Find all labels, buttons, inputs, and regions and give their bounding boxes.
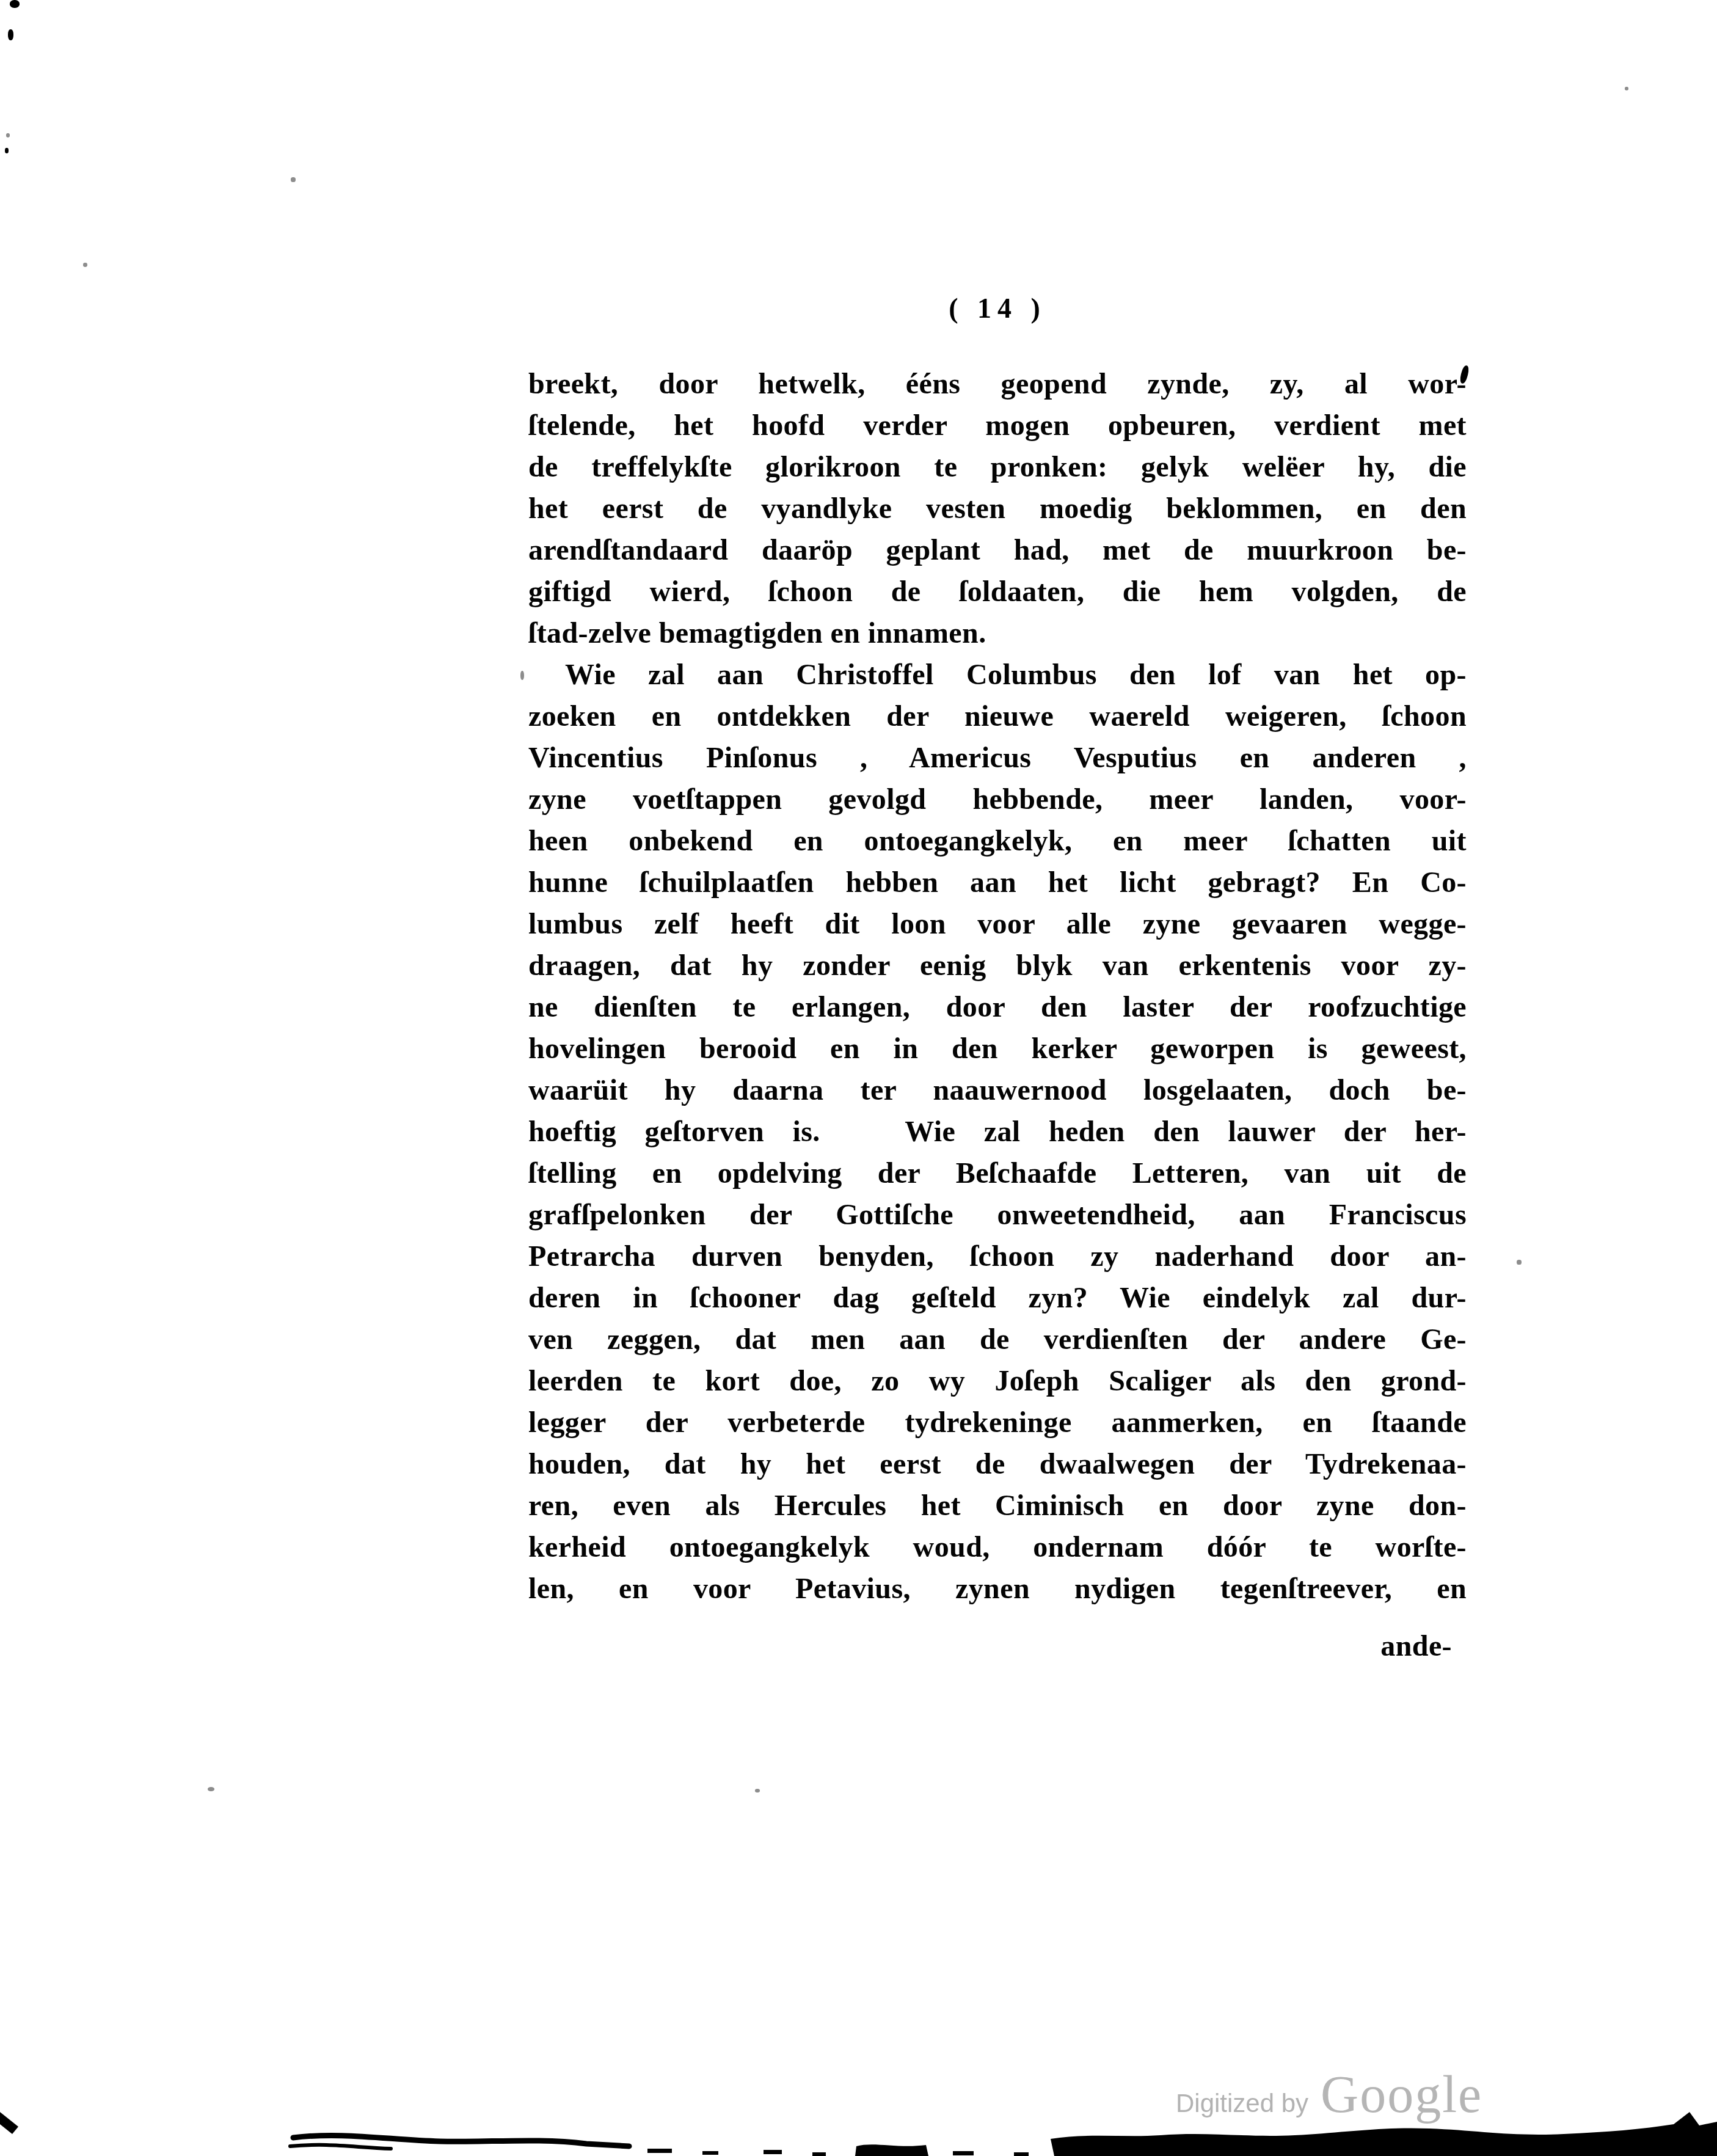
text-line: hunne ſchuilplaatſen hebben aan het lich… — [528, 862, 1467, 904]
scanned-book-page: ( 14 ) breekt, door hetwelk, ééns geopen… — [0, 0, 1717, 2156]
text-line: draagen, dat hy zonder eenig blyk van er… — [528, 945, 1467, 987]
scan-speck — [208, 1787, 214, 1791]
text-line: hoeftig geſtorven is. Wie zal heden den … — [528, 1111, 1467, 1153]
text-line: ren, even als Hercules het Ciminisch en … — [528, 1485, 1467, 1527]
text-line: ſtelende, het hoofd verder mogen opbeure… — [528, 405, 1467, 447]
text-line: breekt, door hetwelk, ééns geopend zynde… — [528, 364, 1467, 405]
scan-speck — [291, 177, 296, 182]
text-line: kerheid ontoegangkelyk woud, ondernam dó… — [528, 1527, 1467, 1568]
text-line: grafſpelonken der Gottiſche onweetendhei… — [528, 1194, 1467, 1236]
text-line-paragraph-start: Wie zal aan Christoffel Columbus den lof… — [528, 654, 1467, 696]
text-line: giftigd wierd, ſchoon de ſoldaaten, die … — [528, 571, 1467, 613]
scan-edge-artifact — [0, 2095, 1717, 2156]
text-line: arendſtandaard daaröp geplant had, met d… — [528, 530, 1467, 571]
scan-speck — [6, 133, 10, 137]
text-line: zyne voetſtappen gevolgd hebbende, meer … — [528, 779, 1467, 820]
text-line: ven zeggen, dat men aan de verdienſten d… — [528, 1319, 1467, 1361]
scan-speck — [520, 671, 524, 680]
text-line: deren in ſchooner dag geſteld zyn? Wie e… — [528, 1277, 1467, 1319]
text-line: len, en voor Petavius, zynen nydigen teg… — [528, 1568, 1467, 1610]
text-line: Petrarcha durven benyden, ſchoon zy nade… — [528, 1236, 1467, 1277]
scan-speck — [1517, 1260, 1522, 1265]
text-line: heen onbekend en ontoegangkelyk, en meer… — [528, 820, 1467, 862]
scan-speck — [83, 263, 87, 267]
text-line: lumbus zelf heeft dit loon voor alle zyn… — [528, 904, 1467, 945]
text-line: houden, dat hy het eerst de dwaalwegen d… — [528, 1444, 1467, 1485]
scan-speck — [755, 1789, 760, 1792]
text-line-paragraph-end: ſtad-zelve bemagtigden en innamen. — [528, 613, 1467, 654]
text-line: ſtelling en opdelving der Beſchaafde Let… — [528, 1153, 1467, 1194]
text-line: legger der verbeterde tydrekeninge aanme… — [528, 1402, 1467, 1444]
text-line: de treffelykſte glorikroon te pronken: g… — [528, 447, 1467, 488]
text-line: zoeken en ontdekken der nieuwe waereld w… — [528, 696, 1467, 737]
page-number: ( 14 ) — [528, 292, 1467, 324]
scan-speck — [8, 29, 13, 40]
scan-speck — [10, 0, 20, 8]
catchword: ande- — [528, 1626, 1467, 1667]
text-line: het eerst de vyandlyke vesten moedig bek… — [528, 488, 1467, 530]
body-text-block: breekt, door hetwelk, ééns geopend zynde… — [528, 364, 1467, 1667]
text-line: leerden te kort doe, zo wy Joſeph Scalig… — [528, 1361, 1467, 1402]
text-line: hovelingen berooid en in den kerker gewo… — [528, 1028, 1467, 1070]
text-line: ne dienſten te erlangen, door den laster… — [528, 987, 1467, 1028]
scan-speck — [1625, 87, 1628, 90]
text-line: waarüit hy daarna ter naauwernood losgel… — [528, 1070, 1467, 1111]
scan-speck — [5, 148, 9, 153]
text-line: Vincentius Pinſonus , Americus Vesputius… — [528, 737, 1467, 779]
